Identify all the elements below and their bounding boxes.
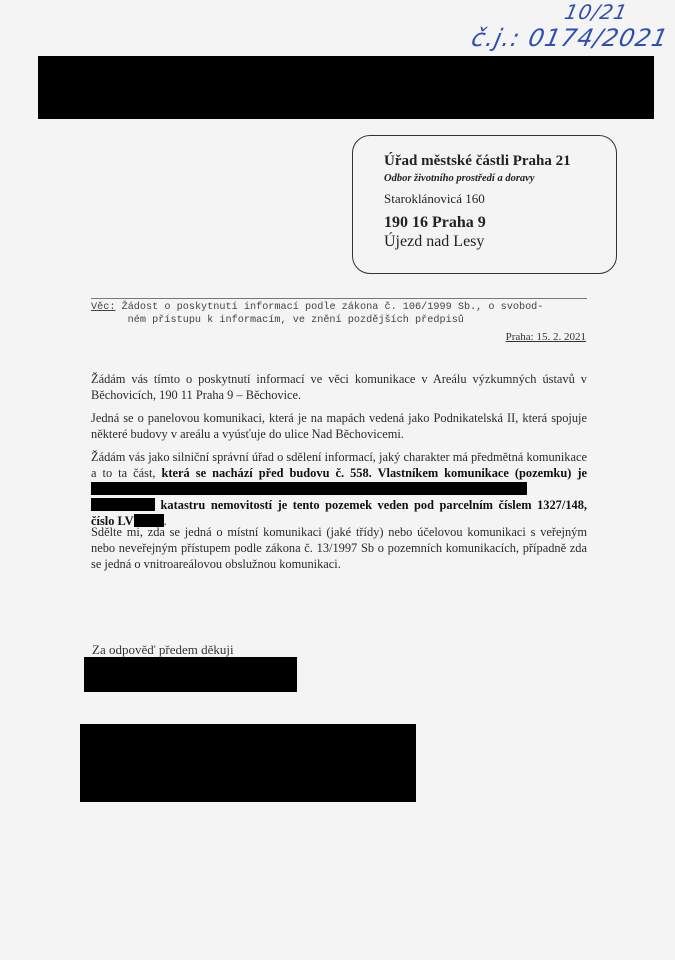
redacted-sender-details: [80, 724, 416, 802]
subject-divider: [91, 298, 587, 299]
paragraph-4: Sdělte mi, zda se jedná o místní komunik…: [91, 524, 587, 572]
redacted-owner: [91, 482, 527, 495]
redacted-owner-cont: [91, 498, 155, 511]
paragraph-3-bold-1: která se nachází před budovu č. 558. Vla…: [162, 466, 587, 480]
letter-date: Praha: 15. 2. 2021: [506, 331, 586, 343]
recipient-district: Újezd nad Lesy: [384, 233, 484, 251]
paragraph-1: Žádám vás tímto o poskytnutí informací v…: [91, 371, 587, 403]
recipient-office: Úřad městské částli Praha 21: [384, 153, 571, 170]
recipient-postal-city: 190 16 Praha 9: [384, 214, 486, 232]
subject-text-1: Žádost o poskytnutí informací podle záko…: [115, 302, 543, 313]
redacted-signature: [84, 657, 297, 692]
subject-line: Věc: Žádost o poskytnutí informací podle…: [91, 301, 591, 327]
handwritten-reference: č.j.: 0174/2021: [469, 24, 671, 52]
subject-label: Věc:: [91, 302, 115, 313]
paragraph-2: Jedná se o panelovou komunikaci, která j…: [91, 410, 587, 442]
subject-text-2: ném přístupu k informacím, ve znění pozd…: [91, 315, 464, 326]
redacted-sender-header: [38, 56, 654, 119]
closing-line: Za odpověď předem děkuji: [92, 642, 234, 658]
recipient-street: Staroklánovicá 160: [384, 191, 485, 207]
paragraph-3: Žádám vás jako silniční správní úřad o s…: [91, 449, 587, 529]
recipient-address-box: Úřad městské částli Praha 21 Odbor život…: [352, 135, 617, 274]
recipient-department: Odbor životního prostředí a doravy: [384, 173, 535, 184]
handwritten-number: 10/21: [562, 0, 630, 24]
